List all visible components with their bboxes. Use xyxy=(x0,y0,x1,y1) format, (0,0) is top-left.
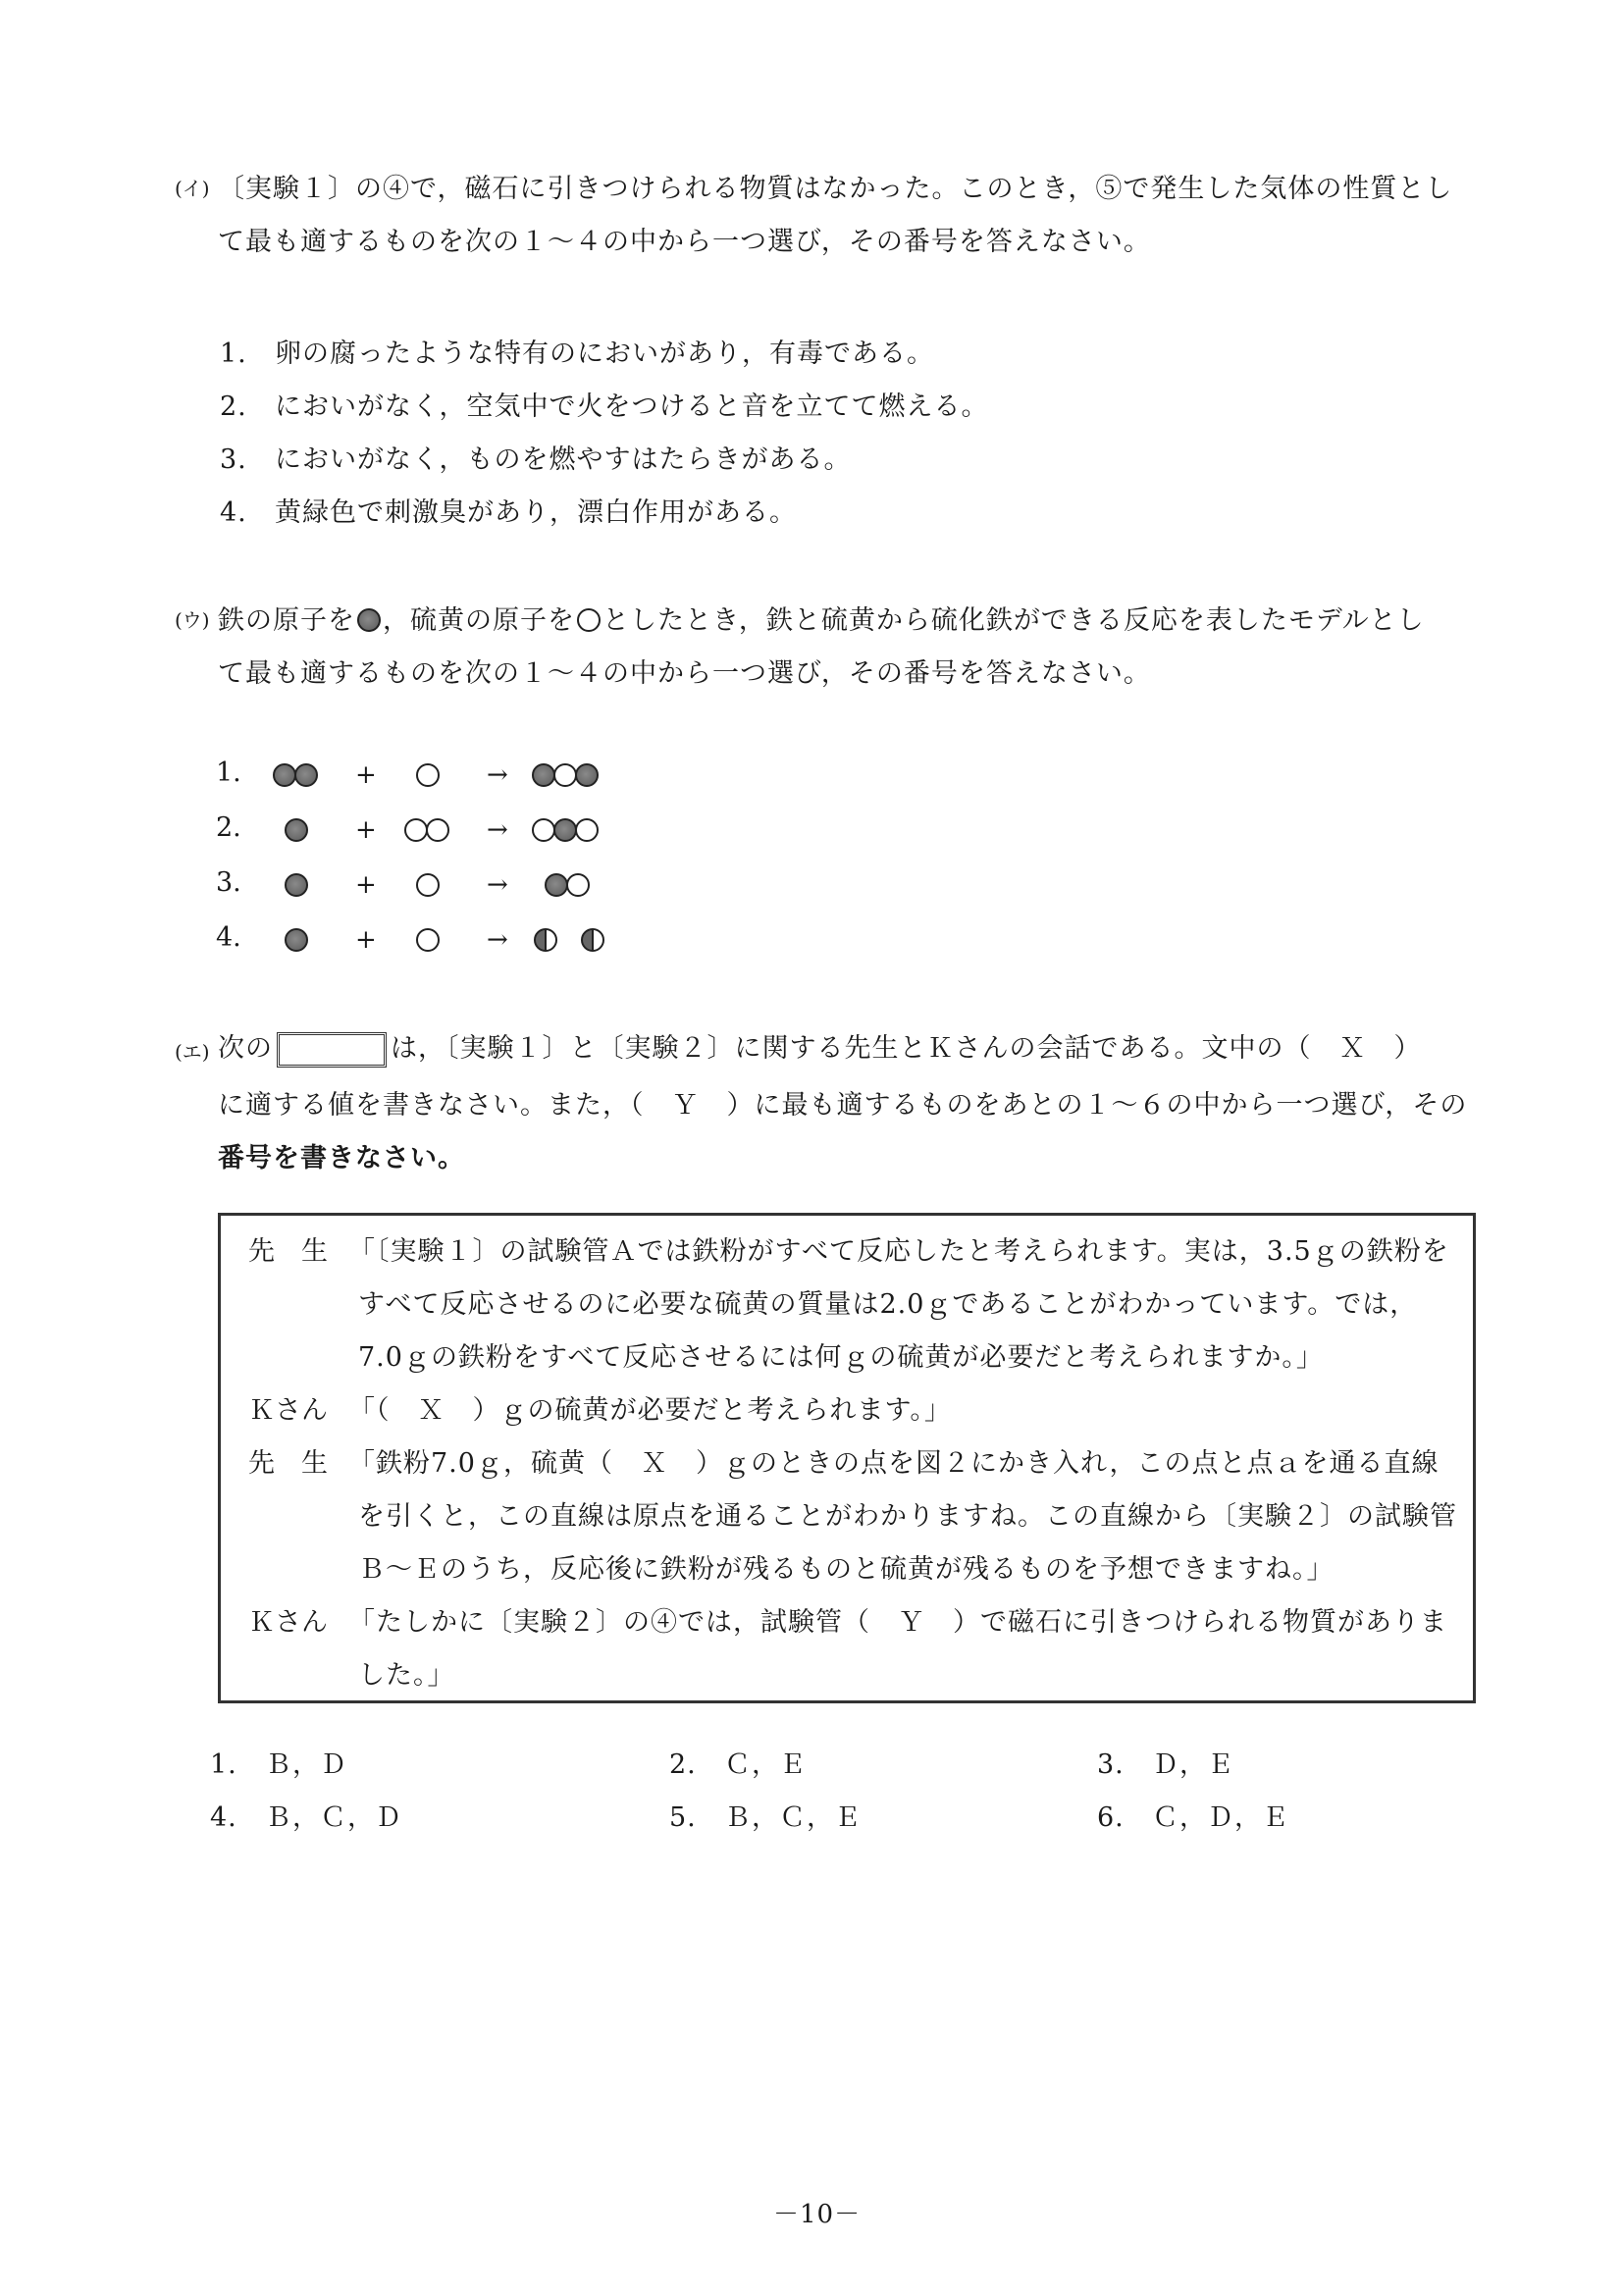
question-i-text-line2: て最も適するものを次の１～４の中から一つ選び，その番号を答えなさい。 xyxy=(218,220,1151,258)
choice-text: Ｃ，Ｄ，Ｅ xyxy=(1152,1802,1289,1833)
sulfur-atom-icon xyxy=(532,818,555,842)
reactant-iron xyxy=(287,869,308,901)
reactant-sulfur xyxy=(418,869,440,901)
question-i-label: (イ) xyxy=(175,173,210,201)
iron-atom-icon xyxy=(553,818,577,842)
text-segment: ，硫黄の原子を xyxy=(383,605,575,636)
option-number: 2. xyxy=(216,812,241,843)
dialog-line: 7.0ｇの鉄粉をすべて反応させるには何ｇの硫黄が必要だと考えられますか。」 xyxy=(358,1335,1324,1374)
choice-number: 4. xyxy=(210,1802,265,1833)
choice-text: Ｂ，Ｃ，Ｅ xyxy=(724,1802,862,1833)
product-half-atoms xyxy=(536,924,604,956)
arrow-icon: → xyxy=(487,869,508,901)
question-e-text-line1: 次のは，〔実験１〕と〔実験２〕に関する先生とＫさんの会話である。文中の（ Ｘ ） xyxy=(218,1026,1422,1068)
dialog-line: した。」 xyxy=(358,1653,455,1692)
question-i-option-1: 1.卵の腐ったような特有のにおいがあり，有毒である。 xyxy=(220,332,934,370)
dialog-line: Ｂ～Ｅのうち，反応後に鉄粉が残るものと硫黄が残るものを予想できますね。」 xyxy=(358,1547,1335,1586)
choice-number: 1. xyxy=(210,1749,265,1780)
half-atom-icon xyxy=(534,928,557,952)
option-number: 3. xyxy=(220,444,275,475)
product-molecule xyxy=(534,814,599,846)
option-number: 3. xyxy=(216,867,241,898)
dialog-box-symbol xyxy=(277,1032,387,1068)
model-option-1: 1. + → xyxy=(216,757,628,797)
dialog-line: を引くと，この直線は原点を通ることがわかりますね。この直線から〔実験２〕の試験管 xyxy=(358,1494,1457,1533)
option-number: 4. xyxy=(220,497,275,528)
question-u-label: (ウ) xyxy=(175,604,210,633)
sulfur-atom-icon xyxy=(566,873,590,897)
dialog-line: すべて反応させるのに必要な硫黄の質量は2.0ｇであることがわかっています。では， xyxy=(358,1282,1417,1321)
iron-atom-icon xyxy=(294,763,318,787)
dialog-line: 「（ Ｘ ）ｇの硫黄が必要だと考えられます。」 xyxy=(348,1388,952,1427)
option-text: 卵の腐ったような特有のにおいがあり，有毒である。 xyxy=(275,339,934,369)
question-i-option-4: 4.黄緑色で刺激臭があり，漂白作用がある。 xyxy=(220,491,797,529)
sulfur-atom-icon xyxy=(416,873,440,897)
answer-choice-3: 3.Ｄ，Ｅ xyxy=(1097,1743,1234,1781)
sulfur-atom-icon xyxy=(404,818,428,842)
reactant-iron xyxy=(287,814,308,846)
sulfur-atom-icon xyxy=(416,763,440,787)
question-e-label: (エ) xyxy=(175,1036,210,1065)
sulfur-atom-icon xyxy=(575,818,599,842)
plus-sign: + xyxy=(355,869,377,901)
answer-choice-1: 1.Ｂ，Ｄ xyxy=(210,1743,347,1781)
iron-atom-legend-icon xyxy=(357,608,381,632)
model-option-4: 4. + → xyxy=(216,922,628,962)
option-text: 黄緑色で刺激臭があり，漂白作用がある。 xyxy=(275,497,797,528)
iron-atom-icon xyxy=(575,763,599,787)
model-option-3: 3. + → xyxy=(216,867,628,907)
text-segment: は，〔実験１〕と〔実験２〕に関する先生とＫさんの会話である。文中の（ Ｘ ） xyxy=(391,1033,1422,1064)
question-u-text-line2: て最も適するものを次の１～４の中から一つ選び，その番号を答えなさい。 xyxy=(218,652,1151,690)
choice-number: 2. xyxy=(669,1749,724,1780)
question-e-text-line3: 番号を書きなさい。 xyxy=(218,1136,465,1174)
dialog-line: 「たしかに〔実験２〕の④では，試験管（ Ｙ ）で磁石に引きつけられる物質がありま xyxy=(348,1600,1447,1639)
choice-text: Ｃ，Ｅ xyxy=(724,1749,807,1780)
iron-atom-icon xyxy=(285,928,308,952)
answer-choice-2: 2.Ｃ，Ｅ xyxy=(669,1743,807,1781)
iron-atom-icon xyxy=(285,873,308,897)
product-molecule xyxy=(547,869,590,901)
arrow-icon: → xyxy=(487,759,508,791)
choice-text: Ｂ，Ｃ，Ｄ xyxy=(265,1802,402,1833)
dialog-line: 「鉄粉7.0ｇ，硫黄（ Ｘ ）ｇのときの点を図２にかき入れ，この点と点ａを通る直… xyxy=(348,1441,1440,1480)
answer-choice-5: 5.Ｂ，Ｃ，Ｅ xyxy=(669,1796,862,1834)
model-option-2: 2. + → xyxy=(216,812,628,852)
question-i-text-line1: 〔実験１〕の④で，磁石に引きつけられる物質はなかった。このとき，⑤で発生した気体… xyxy=(218,167,1452,205)
reactant-sulfur xyxy=(418,759,440,791)
plus-sign: + xyxy=(355,924,377,956)
option-text: においがなく，空気中で火をつけると音を立てて燃える。 xyxy=(275,391,988,422)
reactant-sulfur-molecule xyxy=(406,814,449,846)
speaker-k-san: Ｋさん xyxy=(248,1388,328,1427)
text-segment: 次の xyxy=(218,1033,273,1064)
speaker-k-san: Ｋさん xyxy=(248,1600,328,1639)
page-number: －10－ xyxy=(773,2194,861,2230)
iron-atom-icon xyxy=(532,763,555,787)
choice-number: 5. xyxy=(669,1802,724,1833)
option-number: 4. xyxy=(216,922,241,953)
speaker-teacher: 先 生 xyxy=(248,1441,328,1480)
text-segment: としたとき，鉄と硫黄から硫化鉄ができる反応を表したモデルとし xyxy=(602,605,1425,636)
sulfur-atom-legend-icon xyxy=(577,608,601,632)
choice-text: Ｂ，Ｄ xyxy=(265,1749,347,1780)
option-number: 2. xyxy=(220,391,275,422)
iron-atom-icon xyxy=(545,873,568,897)
reactant-sulfur xyxy=(418,924,440,956)
text-segment: 鉄の原子を xyxy=(218,605,355,636)
arrow-icon: → xyxy=(487,814,508,846)
answer-choice-6: 6.Ｃ，Ｄ，Ｅ xyxy=(1097,1796,1289,1834)
dialog-line: 「〔実験１〕の試験管Ａでは鉄粉がすべて反応したと考えられます。実は，3.5ｇの鉄… xyxy=(348,1229,1449,1268)
answer-choice-4: 4.Ｂ，Ｃ，Ｄ xyxy=(210,1796,402,1834)
question-e-text-line2: に適する値を書きなさい。また，（ Ｙ ）に最も適するものをあとの１～６の中から一… xyxy=(218,1083,1467,1122)
question-u-text-line1: 鉄の原子を，硫黄の原子をとしたとき，鉄と硫黄から硫化鉄ができる反応を表したモデル… xyxy=(218,599,1425,637)
sulfur-atom-icon xyxy=(416,928,440,952)
option-number: 1. xyxy=(216,757,241,788)
arrow-icon: → xyxy=(487,924,508,956)
choice-number: 3. xyxy=(1097,1749,1152,1780)
sulfur-atom-icon xyxy=(426,818,449,842)
reactant-iron xyxy=(287,924,308,956)
plus-sign: + xyxy=(355,759,377,791)
reactant-iron-molecule xyxy=(275,759,318,791)
product-molecule xyxy=(534,759,599,791)
choice-number: 6. xyxy=(1097,1802,1152,1833)
plus-sign: + xyxy=(355,814,377,846)
iron-atom-icon xyxy=(285,818,308,842)
conversation-box: 先 生 「〔実験１〕の試験管Ａでは鉄粉がすべて反応したと考えられます。実は，3.… xyxy=(218,1213,1476,1703)
iron-atom-icon xyxy=(273,763,296,787)
choice-text: Ｄ，Ｅ xyxy=(1152,1749,1234,1780)
speaker-teacher: 先 生 xyxy=(248,1229,328,1268)
half-atom-icon xyxy=(581,928,604,952)
question-i-option-3: 3.においがなく，ものを燃やすはたらきがある。 xyxy=(220,438,851,476)
option-number: 1. xyxy=(220,339,275,369)
sulfur-atom-icon xyxy=(553,763,577,787)
option-text: においがなく，ものを燃やすはたらきがある。 xyxy=(275,444,851,475)
question-i-option-2: 2.においがなく，空気中で火をつけると音を立てて燃える。 xyxy=(220,385,988,423)
